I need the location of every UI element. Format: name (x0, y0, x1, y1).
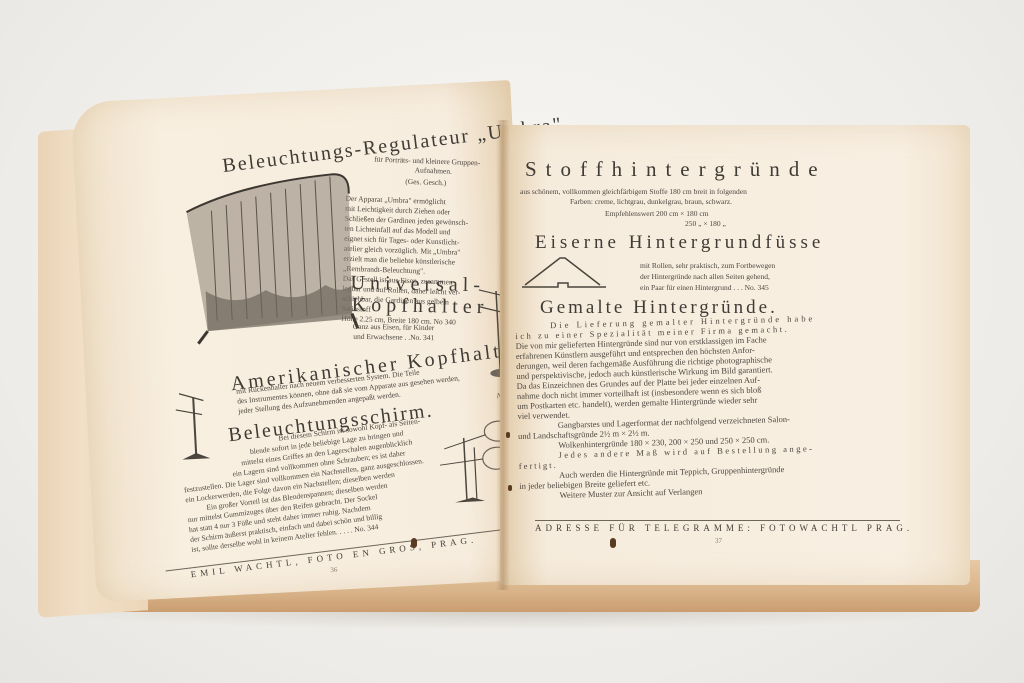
umbra-subtitle-3: (Ges. Gesch.) (405, 177, 446, 188)
curtain-frame-illustration (179, 163, 363, 347)
eiserne-body-2: der Hintergründe nach allen Seiten gehen… (640, 272, 770, 282)
right-page: Stoffhintergründe aus schönem, vollkomme… (500, 125, 970, 585)
stoff-body-3: Empfehlenswert 200 cm × 180 cm (605, 209, 709, 219)
universal-body-2: und Erwachsene . .No. 341 (353, 332, 434, 343)
stoff-body-2: Farben: creme, lichtgrau, dunkelgrau, br… (570, 197, 732, 207)
gemalte-body: Die Lieferung gemalter Hintergründe habe… (515, 313, 820, 501)
stoff-title: Stoffhintergründe (525, 157, 827, 182)
right-footer-rule (535, 520, 900, 521)
eiserne-body-1: mit Rollen, sehr praktisch, zum Fortbewe… (640, 261, 775, 271)
umbra-subtitle-2: Aufnahmen. (415, 165, 453, 176)
binding-hole (506, 432, 510, 438)
eiserne-body-3: ein Paar für einen Hintergrund . . . No.… (640, 283, 769, 293)
binding-hole (610, 538, 616, 548)
left-page: Beleuchtungs-Regulateur „Umbra" für Port… (71, 80, 537, 602)
right-footer: ADRESSE FÜR TELEGRAMME: FOTOWACHTL PRAG. (535, 523, 913, 533)
stoff-body-1: aus schönem, vollkommen gleichfärbigem S… (520, 187, 747, 197)
binding-hole (411, 538, 417, 548)
eiserne-title: Eiserne Hintergrundfüsse (535, 232, 824, 254)
page-number-right: 37 (715, 537, 722, 545)
background-feet-illustration (520, 253, 610, 293)
page-number-left: 36 (330, 566, 337, 574)
binding-hole (508, 485, 512, 491)
universal-title-2: Kopfhalter (352, 294, 489, 319)
book-gutter (496, 120, 510, 590)
stoff-body-4: 250 „ × 180 „ (685, 219, 726, 229)
